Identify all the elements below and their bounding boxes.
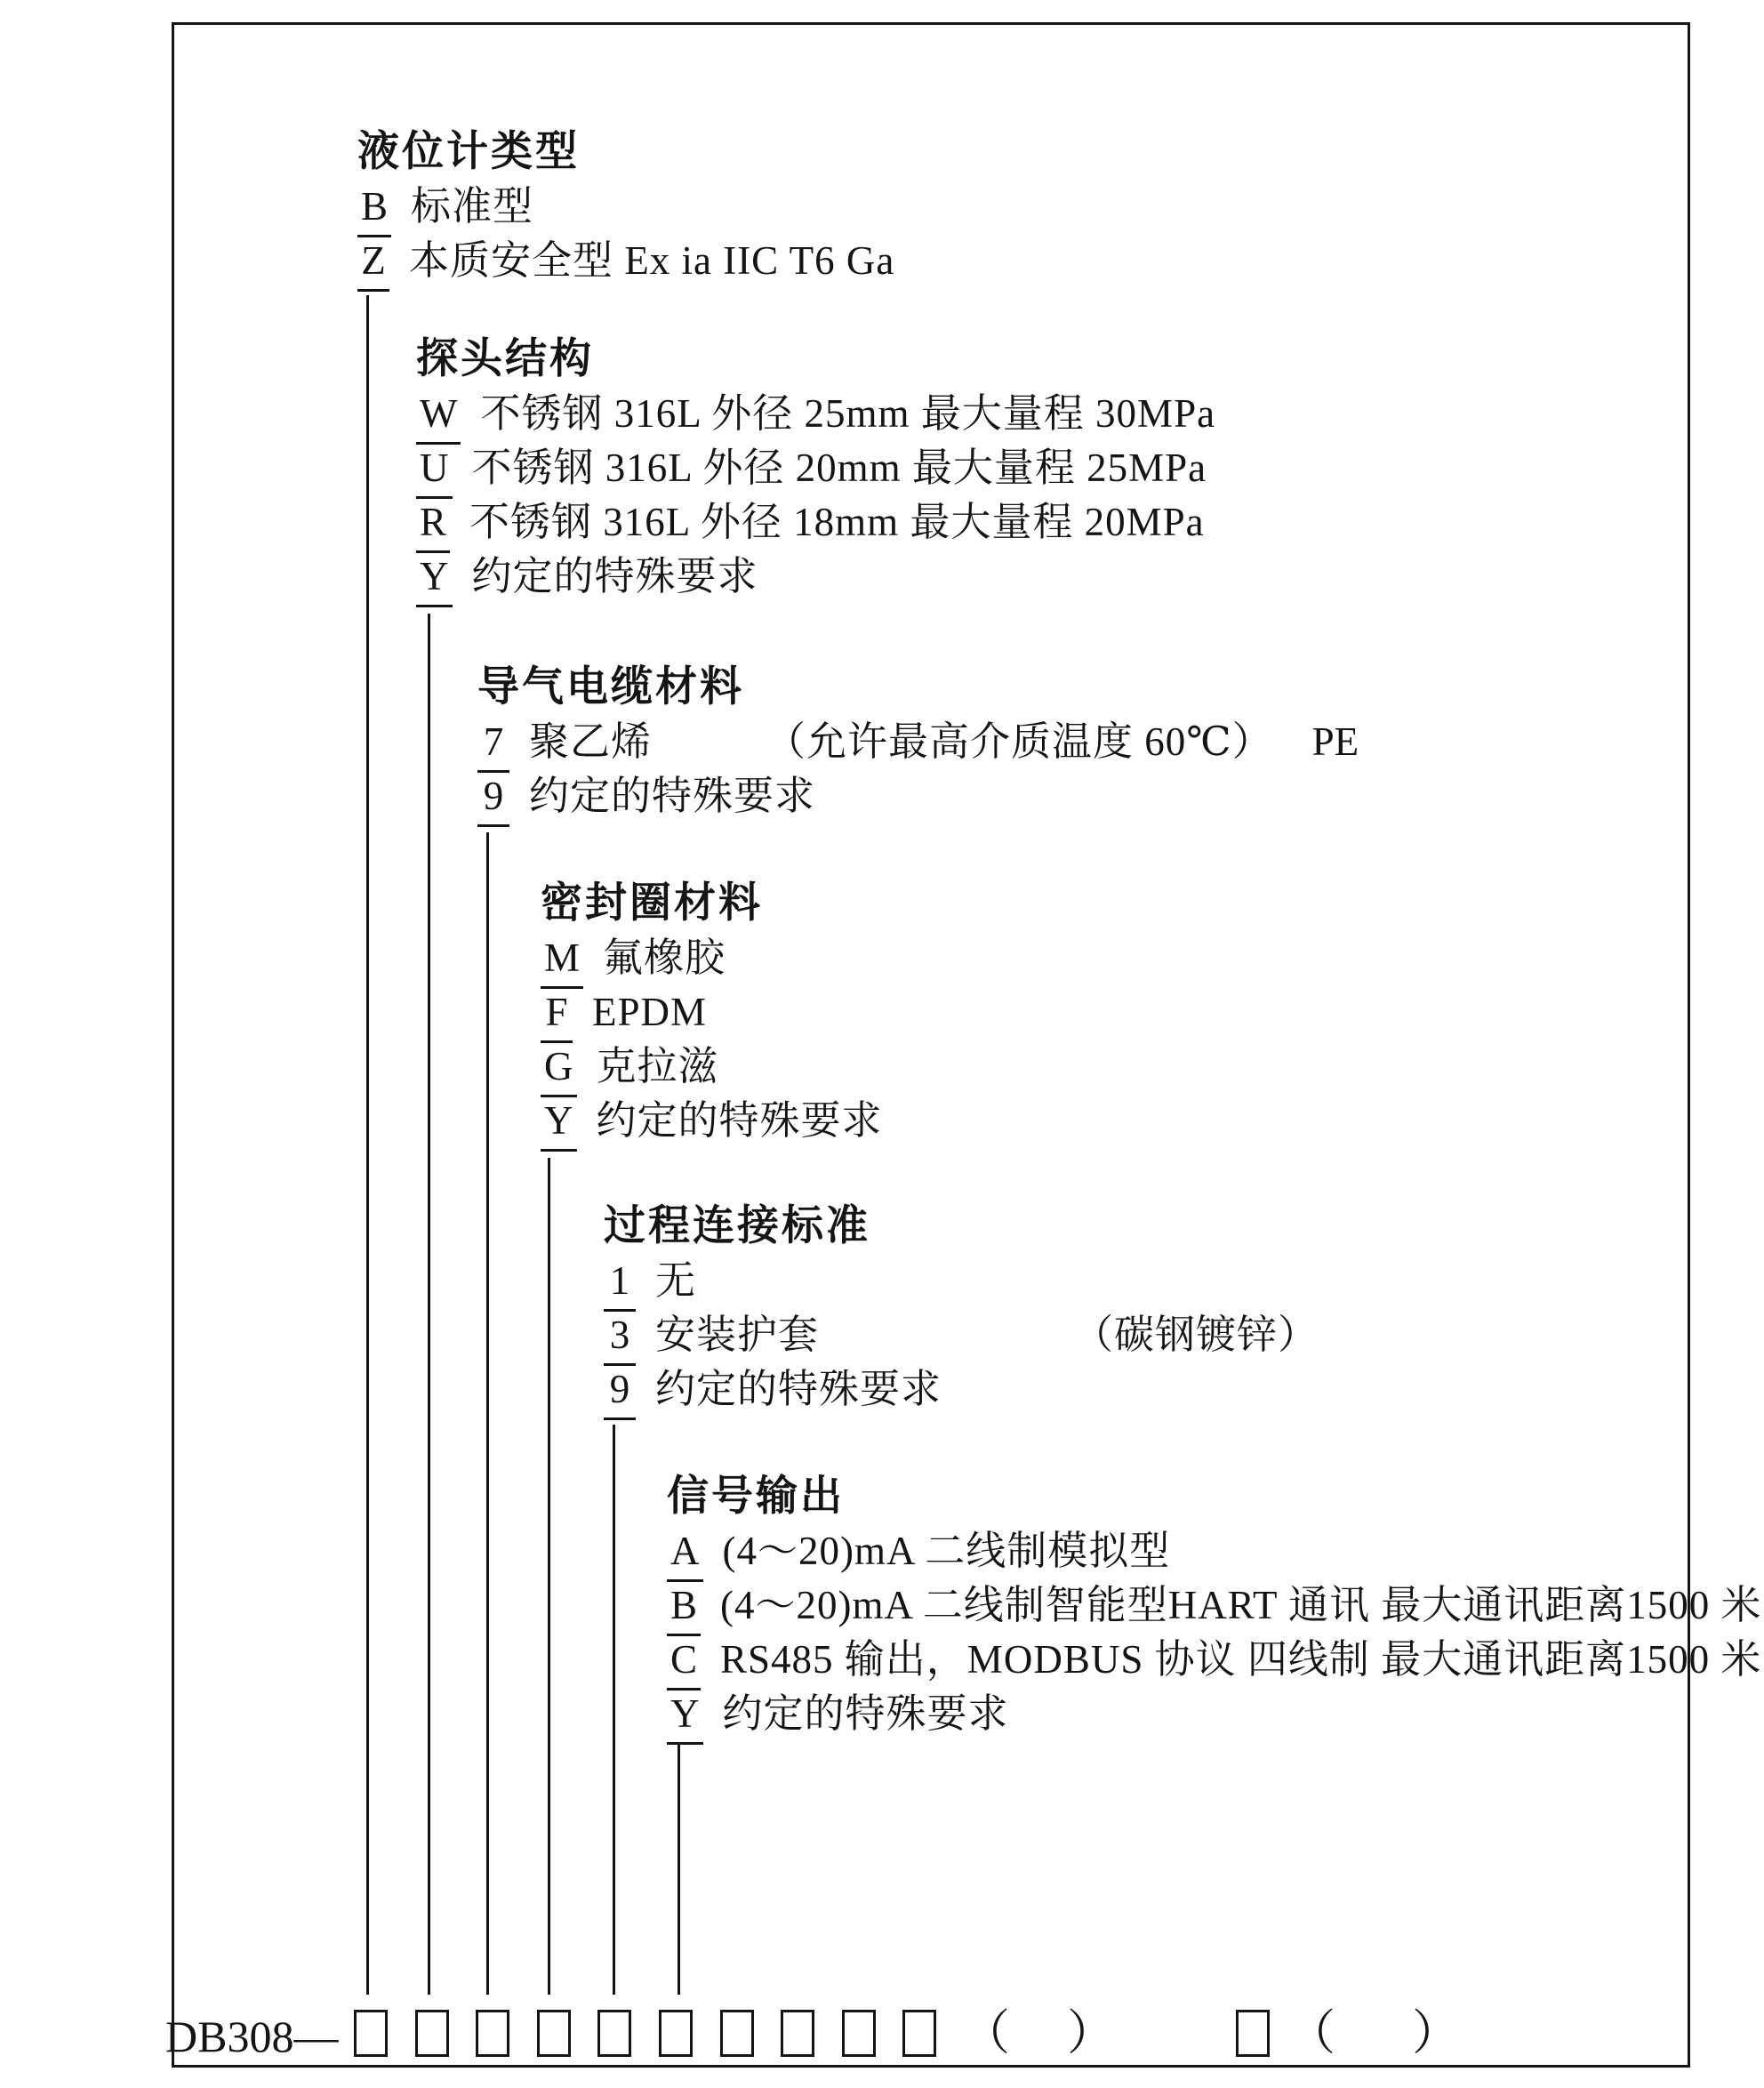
option-text: RS485 输出，MODBUS 协议 四线制 最大通讯距离1500 米	[720, 1637, 1761, 1682]
section-signal-output: 信号输出 A(4～20)mA 二线制模拟型B(4～20)mA 二线制智能型HAR…	[667, 1469, 1762, 1741]
section-title: 信号输出	[667, 1469, 1762, 1524]
option-code: M	[541, 931, 583, 989]
section-title: 探头结构	[416, 332, 1215, 387]
option-text: EPDM	[592, 990, 707, 1034]
model-code-box-10	[902, 2010, 936, 2057]
option-note: （允许最高介质温度 60℃）	[766, 715, 1273, 769]
option-B: B(4～20)mA 二线制智能型HART 通讯 最大通讯距离1500 米	[667, 1578, 1762, 1633]
option-Y: Y约定的特殊要求	[667, 1687, 1762, 1741]
section-title: 密封圈材料	[541, 876, 883, 931]
section-title: 过程连接标准	[604, 1199, 1319, 1254]
option-code: R	[416, 495, 450, 553]
model-code-row: DB308— （ ） （ ）	[0, 2003, 1764, 2077]
option-code: Z	[357, 234, 389, 292]
option-text: 约定的特殊要求	[597, 1098, 883, 1143]
option-code: W	[416, 387, 461, 445]
option-text: 不锈钢 316L 外径 25mm 最大量程 30MPa	[480, 391, 1215, 436]
option-C: CRS485 输出，MODBUS 协议 四线制 最大通讯距离1500 米	[667, 1633, 1762, 1687]
model-code-box-7	[720, 2010, 754, 2057]
option-code: Y	[541, 1094, 577, 1152]
option-A: A(4～20)mA 二线制模拟型	[667, 1524, 1762, 1578]
option-9: 9约定的特殊要求	[604, 1362, 1319, 1417]
option-Y: Y约定的特殊要求	[541, 1094, 883, 1148]
option-text: 氟橡胶	[603, 936, 726, 980]
section-title: 液位计类型	[357, 124, 894, 180]
option-code: 9	[477, 769, 509, 827]
model-code-box-1	[354, 2010, 388, 2057]
option-Y: Y约定的特殊要求	[416, 550, 1215, 604]
model-code-box-6	[659, 2010, 693, 2057]
paren-open-1: （	[962, 2006, 1010, 2060]
option-code: 9	[604, 1362, 636, 1420]
paren-close-2: ）	[1412, 2006, 1460, 2060]
ordering-code-sheet: 液位计类型 B标准型Z本质安全型 Ex ia IIC T6 Ga 探头结构 W不…	[0, 0, 1764, 2088]
section-options: 1无3安装护套（碳钢镀锌）9约定的特殊要求	[604, 1254, 1319, 1417]
paren-close-1: ）	[1067, 2006, 1115, 2060]
option-text: 约定的特殊要求	[723, 1691, 1009, 1736]
option-3: 3安装护套（碳钢镀锌）	[604, 1308, 1319, 1362]
model-prefix: DB308—	[165, 2012, 338, 2061]
option-code: B	[357, 180, 391, 237]
section-seal-ring-material: 密封圈材料 M氟橡胶FEPDMG克拉滋Y约定的特殊要求	[541, 876, 883, 1148]
option-M: M氟橡胶	[541, 931, 883, 985]
model-code-box-9	[842, 2010, 876, 2057]
option-text: 本质安全型 Ex ia IIC T6 Ga	[409, 238, 894, 283]
option-text: 聚乙烯	[529, 719, 652, 764]
model-code-box-8	[781, 2010, 814, 2057]
section-probe-structure: 探头结构 W不锈钢 316L 外径 25mm 最大量程 30MPaU不锈钢 31…	[416, 332, 1215, 604]
connector-line-2	[428, 614, 430, 1995]
option-text: 安装护套	[655, 1313, 819, 1357]
option-code: 7	[477, 715, 509, 773]
option-code: Y	[416, 550, 453, 607]
option-F: FEPDM	[541, 985, 883, 1040]
option-code: 3	[604, 1308, 636, 1366]
option-text: 克拉滋	[597, 1044, 719, 1088]
connector-line-6	[678, 1745, 680, 1995]
section-options: B标准型Z本质安全型 Ex ia IIC T6 Ga	[357, 180, 894, 288]
model-code-box-5	[597, 2010, 631, 2057]
connector-line-5	[613, 1425, 615, 1995]
option-text: 约定的特殊要求	[655, 1367, 942, 1411]
option-9: 9约定的特殊要求	[477, 769, 1359, 823]
option-U: U不锈钢 316L 外径 20mm 最大量程 25MPa	[416, 441, 1215, 495]
connector-line-4	[548, 1158, 550, 1995]
option-code: F	[541, 985, 573, 1043]
section-options: M氟橡胶FEPDMG克拉滋Y约定的特殊要求	[541, 931, 883, 1148]
section-options: W不锈钢 316L 外径 25mm 最大量程 30MPaU不锈钢 316L 外径…	[416, 387, 1215, 604]
paren-open-2: （	[1287, 2006, 1335, 2060]
option-7: 7聚乙烯（允许最高介质温度 60℃）PE	[477, 715, 1359, 769]
option-note: （碳钢镀锌）	[1073, 1308, 1319, 1362]
option-text: 无	[655, 1258, 696, 1303]
connector-line-3	[486, 832, 489, 1995]
option-code: 1	[604, 1254, 636, 1312]
option-code: U	[416, 441, 453, 499]
model-code-box-3	[476, 2010, 509, 2057]
option-1: 1无	[604, 1254, 1319, 1308]
section-gauge-type: 液位计类型 B标准型Z本质安全型 Ex ia IIC T6 Ga	[357, 124, 894, 288]
connector-line-1	[366, 295, 369, 1995]
option-code: G	[541, 1040, 577, 1097]
section-options: 7聚乙烯（允许最高介质温度 60℃）PE9约定的特殊要求	[477, 715, 1359, 823]
option-text: 约定的特殊要求	[529, 774, 815, 818]
option-suffix: PE	[1312, 715, 1359, 769]
option-text: 不锈钢 316L 外径 20mm 最大量程 25MPa	[472, 446, 1207, 490]
page-border	[172, 22, 1690, 2068]
option-R: R不锈钢 316L 外径 18mm 最大量程 20MPa	[416, 495, 1215, 550]
section-process-connection: 过程连接标准 1无3安装护套（碳钢镀锌）9约定的特殊要求	[604, 1199, 1319, 1417]
option-W: W不锈钢 316L 外径 25mm 最大量程 30MPa	[416, 387, 1215, 441]
model-code-box-2	[415, 2010, 449, 2057]
section-air-cable-material: 导气电缆材料 7聚乙烯（允许最高介质温度 60℃）PE9约定的特殊要求	[477, 660, 1359, 823]
option-text: 不锈钢 316L 外径 18mm 最大量程 20MPa	[469, 500, 1205, 544]
option-text: (4～20)mA 二线制智能型HART 通讯 最大通讯距离1500 米	[720, 1583, 1761, 1627]
option-code: Y	[667, 1687, 703, 1745]
option-G: G克拉滋	[541, 1040, 883, 1094]
model-code-box-4	[537, 2010, 571, 2057]
option-code: A	[667, 1524, 703, 1582]
section-title: 导气电缆材料	[477, 660, 1359, 715]
option-text: 标准型	[411, 184, 533, 229]
option-Z: Z本质安全型 Ex ia IIC T6 Ga	[357, 234, 894, 288]
option-text: 约定的特殊要求	[472, 554, 758, 598]
option-code: B	[667, 1578, 701, 1636]
option-B: B标准型	[357, 180, 894, 234]
model-code-box-extra	[1236, 2010, 1270, 2057]
section-options: A(4～20)mA 二线制模拟型B(4～20)mA 二线制智能型HART 通讯 …	[667, 1524, 1762, 1741]
option-text: (4～20)mA 二线制模拟型	[723, 1529, 1171, 1573]
option-code: C	[667, 1633, 701, 1690]
